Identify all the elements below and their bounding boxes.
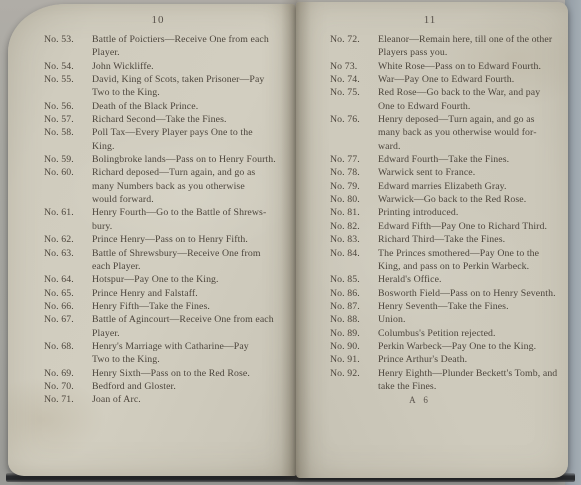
book-photo: 10 No. 53.Battle of Poictiers—Receive On… xyxy=(0,0,581,485)
right-page-list: No. 72.Eleanor—Remain here, till one of … xyxy=(330,33,562,393)
list-item: No. 68.Henry's Marriage with Catharine—P… xyxy=(44,340,288,367)
item-text: War—Pay One to Edward Fourth. xyxy=(378,74,514,85)
list-item: No. 78.Warwick sent to France. xyxy=(330,166,562,179)
item-number: No. 74. xyxy=(330,73,378,86)
list-item: No. 72.Eleanor—Remain here, till one of … xyxy=(330,33,562,60)
item-text: Henry Fifth—Take the Fines. xyxy=(92,301,210,312)
list-item: No. 62.Prince Henry—Pass on to Henry Fif… xyxy=(44,233,288,246)
list-item: No. 57.Richard Second—Take the Fines. xyxy=(44,113,288,126)
item-number: No. 70. xyxy=(44,380,92,393)
item-text: Columbus's Petition rejected. xyxy=(378,328,496,339)
item-number: No. 83. xyxy=(330,233,378,246)
item-number: No. 66. xyxy=(44,300,92,313)
item-text: Richard Third—Take the Fines. xyxy=(378,234,505,245)
item-number: No. 89. xyxy=(330,327,378,340)
list-item: No. 87.Henry Seventh—Take the Fines. xyxy=(330,300,562,313)
signature-mark: A 6 xyxy=(304,395,536,405)
list-item: No. 74.War—Pay One to Edward Fourth. xyxy=(330,73,562,86)
item-number: No. 90. xyxy=(330,340,378,353)
list-item: No. 89.Columbus's Petition rejected. xyxy=(330,327,562,340)
item-text: Henry Fourth—Go to the Battle of Shrews-… xyxy=(92,207,266,231)
item-text: Warwick sent to France. xyxy=(378,167,475,178)
item-text: Henry's Marriage with Catharine—Pay Two … xyxy=(92,341,249,365)
list-item: No. 70.Bedford and Gloster. xyxy=(44,380,288,393)
item-text: Prince Henry—Pass on to Henry Fifth. xyxy=(92,234,248,245)
item-number: No. 81. xyxy=(330,206,378,219)
item-text: Bosworth Field—Pass on to Henry Seventh. xyxy=(378,288,556,299)
list-item: No. 54.John Wickliffe. xyxy=(44,60,288,73)
item-number: No. 67. xyxy=(44,313,92,326)
item-text: Eleanor—Remain here, till one of the oth… xyxy=(378,34,552,58)
list-item: No. 81.Printing introduced. xyxy=(330,206,562,219)
left-page: 10 No. 53.Battle of Poictiers—Receive On… xyxy=(8,4,296,476)
left-page-list: No. 53.Battle of Poictiers—Receive One f… xyxy=(44,33,288,407)
item-text: White Rose—Pass on to Edward Fourth. xyxy=(378,61,541,72)
item-text: Red Rose—Go back to the War, and pay One… xyxy=(378,87,540,111)
item-number: No. 62. xyxy=(44,233,92,246)
item-text: Edward Fifth—Pay One to Richard Third. xyxy=(378,221,547,232)
list-item: No. 66.Henry Fifth—Take the Fines. xyxy=(44,300,288,313)
item-number: No. 63. xyxy=(44,247,92,260)
item-number: No. 87. xyxy=(330,300,378,313)
item-text: Henry Sixth—Pass on to the Red Rose. xyxy=(92,368,250,379)
item-text: John Wickliffe. xyxy=(92,61,154,72)
item-text: Prince Henry and Falstaff. xyxy=(92,288,198,299)
list-item: No. 86.Bosworth Field—Pass on to Henry S… xyxy=(330,287,562,300)
list-item: No. 65.Prince Henry and Falstaff. xyxy=(44,287,288,300)
item-number: No 73. xyxy=(330,60,378,73)
item-number: No. 80. xyxy=(330,193,378,206)
list-item: No. 67.Battle of Agincourt—Receive One f… xyxy=(44,313,288,340)
item-number: No. 56. xyxy=(44,100,92,113)
item-text: Henry Eighth—Plunder Beckett's Tomb, and… xyxy=(378,368,557,392)
item-text: Warwick—Go back to the Red Rose. xyxy=(378,194,526,205)
list-item: No. 82.Edward Fifth—Pay One to Richard T… xyxy=(330,220,562,233)
item-text: Richard Second—Take the Fines. xyxy=(92,114,227,125)
item-text: Battle of Agincourt—Receive One from eac… xyxy=(92,314,274,338)
list-item: No. 85.Herald's Office. xyxy=(330,273,562,286)
item-text: Edward marries Elizabeth Gray. xyxy=(378,181,507,192)
list-item: No 73.White Rose—Pass on to Edward Fourt… xyxy=(330,60,562,73)
list-item: No. 55.David, King of Scots, taken Priso… xyxy=(44,73,288,100)
right-page-number: 11 xyxy=(314,14,546,26)
list-item: No. 71.Joan of Arc. xyxy=(44,393,288,406)
item-number: No. 78. xyxy=(330,166,378,179)
item-number: No. 57. xyxy=(44,113,92,126)
list-item: No. 90.Perkin Warbeck—Pay One to the Kin… xyxy=(330,340,562,353)
list-item: No. 91.Prince Arthur's Death. xyxy=(330,353,562,366)
list-item: No. 60.Richard deposed—Turn again, and g… xyxy=(44,166,288,206)
item-number: No. 72. xyxy=(330,33,378,46)
item-text: Printing introduced. xyxy=(378,207,458,218)
list-item: No. 83.Richard Third—Take the Fines. xyxy=(330,233,562,246)
item-text: Henry deposed—Turn again, and go as many… xyxy=(378,114,537,152)
list-item: No. 61.Henry Fourth—Go to the Battle of … xyxy=(44,206,288,233)
item-number: No. 85. xyxy=(330,273,378,286)
left-page-content: 10 No. 53.Battle of Poictiers—Receive On… xyxy=(8,4,296,476)
item-text: Richard deposed—Turn again, and go as ma… xyxy=(92,167,255,205)
list-item: No. 88.Union. xyxy=(330,313,562,326)
item-number: No. 68. xyxy=(44,340,92,353)
item-number: No. 55. xyxy=(44,73,92,86)
item-text: Herald's Office. xyxy=(378,274,442,285)
item-number: No. 92. xyxy=(330,367,378,380)
item-text: The Princes smothered—Pay One to the Kin… xyxy=(378,248,539,272)
list-item: No. 69.Henry Sixth—Pass on to the Red Ro… xyxy=(44,367,288,380)
item-text: Bolingbroke lands—Pass on to Henry Fourt… xyxy=(92,154,276,165)
item-number: No. 54. xyxy=(44,60,92,73)
item-text: Edward Fourth—Take the Fines. xyxy=(378,154,509,165)
left-page-number: 10 xyxy=(36,14,280,26)
right-page-content: 11 No. 72.Eleanor—Remain here, till one … xyxy=(296,2,568,478)
right-page: 11 No. 72.Eleanor—Remain here, till one … xyxy=(296,2,568,478)
list-item: No. 77.Edward Fourth—Take the Fines. xyxy=(330,153,562,166)
item-number: No. 84. xyxy=(330,247,378,260)
item-text: Perkin Warbeck—Pay One to the King. xyxy=(378,341,536,352)
item-number: No. 76. xyxy=(330,113,378,126)
list-item: No. 59.Bolingbroke lands—Pass on to Henr… xyxy=(44,153,288,166)
item-text: Poll Tax—Every Player pays One to the Ki… xyxy=(92,127,253,151)
item-number: No. 53. xyxy=(44,33,92,46)
item-text: Battle of Poictiers—Receive One from eac… xyxy=(92,34,269,58)
item-number: No. 82. xyxy=(330,220,378,233)
list-item: No. 56.Death of the Black Prince. xyxy=(44,100,288,113)
item-text: David, King of Scots, taken Prisoner—Pay… xyxy=(92,74,264,98)
item-text: Union. xyxy=(378,314,406,325)
item-number: No. 71. xyxy=(44,393,92,406)
list-item: No. 75.Red Rose—Go back to the War, and … xyxy=(330,86,562,113)
list-item: No. 64.Hotspur—Pay One to the King. xyxy=(44,273,288,286)
list-item: No. 58.Poll Tax—Every Player pays One to… xyxy=(44,126,288,153)
item-number: No. 86. xyxy=(330,287,378,300)
list-item: No. 63.Battle of Shrewsbury—Receive One … xyxy=(44,247,288,274)
item-text: Prince Arthur's Death. xyxy=(378,354,467,365)
item-text: Bedford and Gloster. xyxy=(92,381,176,392)
item-number: No. 75. xyxy=(330,86,378,99)
list-item: No. 92.Henry Eighth—Plunder Beckett's To… xyxy=(330,367,562,394)
item-text: Henry Seventh—Take the Fines. xyxy=(378,301,509,312)
item-number: No. 65. xyxy=(44,287,92,300)
item-number: No. 91. xyxy=(330,353,378,366)
item-number: No. 64. xyxy=(44,273,92,286)
item-number: No. 59. xyxy=(44,153,92,166)
item-number: No. 69. xyxy=(44,367,92,380)
list-item: No. 79.Edward marries Elizabeth Gray. xyxy=(330,180,562,193)
item-number: No. 79. xyxy=(330,180,378,193)
item-number: No. 88. xyxy=(330,313,378,326)
list-item: No. 84.The Princes smothered—Pay One to … xyxy=(330,247,562,274)
item-text: Joan of Arc. xyxy=(92,394,141,405)
item-number: No. 77. xyxy=(330,153,378,166)
item-number: No. 60. xyxy=(44,166,92,179)
list-item: No. 80.Warwick—Go back to the Red Rose. xyxy=(330,193,562,206)
item-text: Hotspur—Pay One to the King. xyxy=(92,274,219,285)
item-text: Death of the Black Prince. xyxy=(92,101,198,112)
list-item: No. 53.Battle of Poictiers—Receive One f… xyxy=(44,33,288,60)
item-text: Battle of Shrewsbury—Receive One from ea… xyxy=(92,248,261,272)
item-number: No. 58. xyxy=(44,126,92,139)
list-item: No. 76.Henry deposed—Turn again, and go … xyxy=(330,113,562,153)
item-number: No. 61. xyxy=(44,206,92,219)
